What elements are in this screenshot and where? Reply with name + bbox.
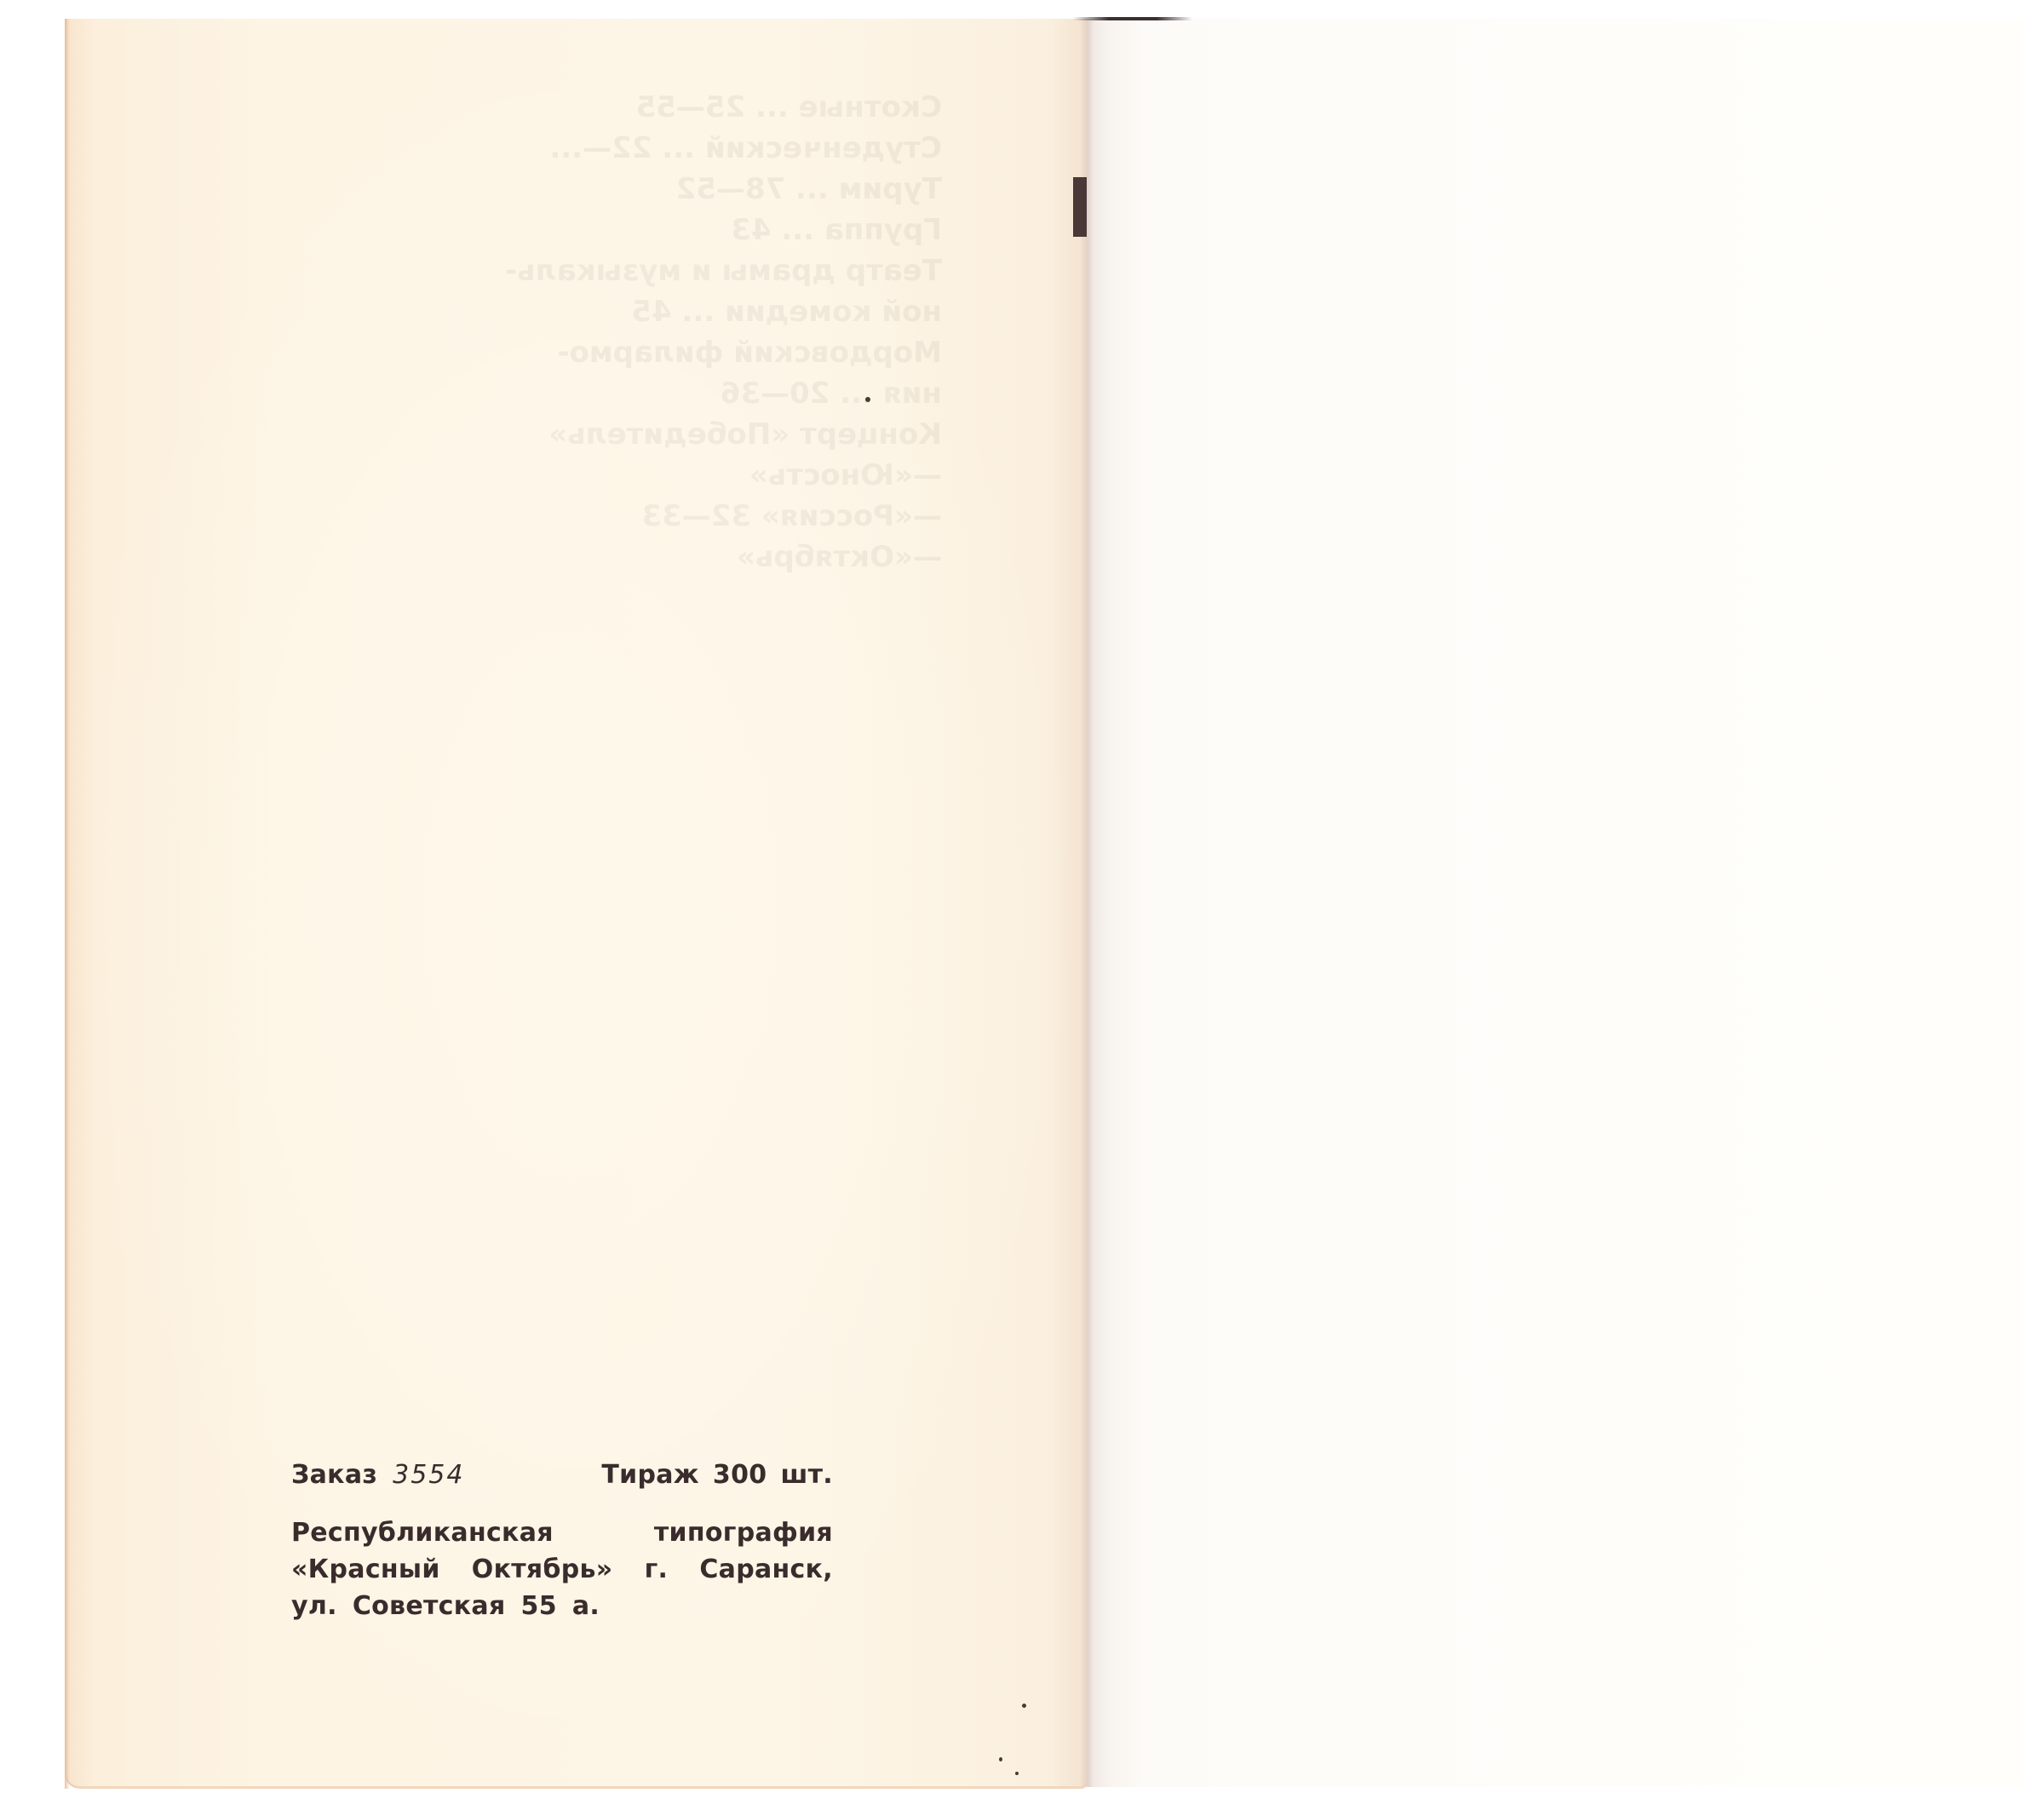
print-run-label: Тираж	[601, 1458, 699, 1492]
print-run-unit: шт.	[780, 1458, 833, 1492]
publisher-word: ул.	[291, 1588, 337, 1624]
spine-marker	[1073, 177, 1087, 237]
bleed-through-text: Скотные ... 25—55 Студенческий ... 22—..…	[346, 87, 942, 939]
publisher-word: «Красный	[291, 1551, 440, 1588]
publisher-word: типография	[654, 1514, 833, 1551]
spine-fold	[1080, 19, 1094, 1787]
publisher-word: Республиканская	[291, 1514, 554, 1551]
publisher-word: 55	[521, 1588, 557, 1624]
publisher-word: Саранск,	[699, 1551, 833, 1588]
paper-speck	[1022, 1704, 1026, 1708]
imprint-block: Заказ 3554 Тираж 300 шт. Республиканская…	[291, 1458, 833, 1624]
publisher-word: г.	[645, 1551, 669, 1588]
paper-speck	[999, 1757, 1002, 1761]
order-number: 3554	[393, 1458, 464, 1492]
print-run-value: 300	[713, 1458, 767, 1492]
right-page	[1087, 19, 2024, 1787]
publisher-word: а.	[572, 1588, 600, 1624]
publisher-word: Октябрь»	[472, 1551, 613, 1588]
binding-edge	[1073, 17, 1192, 20]
order-label: Заказ	[291, 1458, 377, 1492]
publisher-address: Республиканская типография «Красный Октя…	[291, 1514, 833, 1624]
publisher-word: Советская	[353, 1588, 506, 1624]
paper-speck	[865, 397, 870, 402]
paper-speck	[1015, 1772, 1019, 1775]
order-line: Заказ 3554 Тираж 300 шт.	[291, 1458, 833, 1492]
